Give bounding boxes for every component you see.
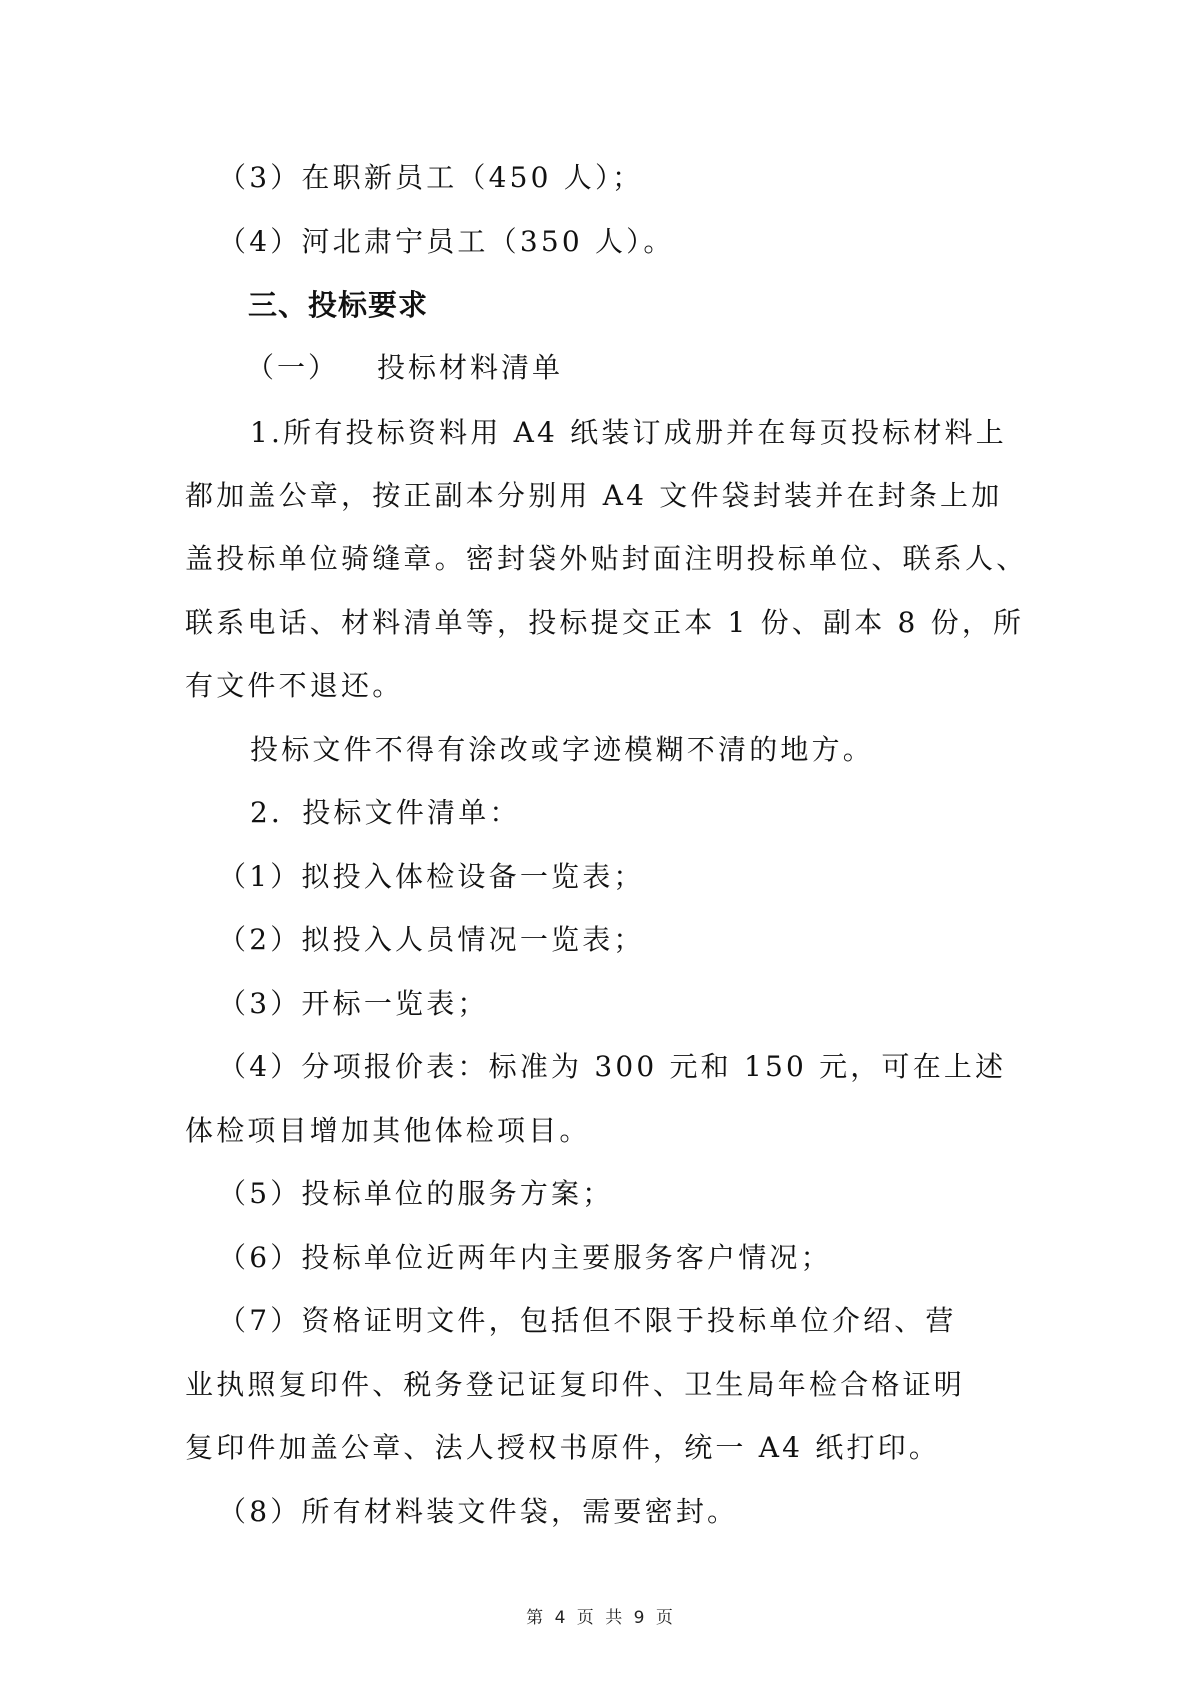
- list-item-suning-staff: （4）河北肃宁员工（350 人）。: [218, 224, 1058, 260]
- list-item-equipment: （1）拟投入体检设备一览表；: [218, 859, 1058, 895]
- list-item-new-staff: （3）在职新员工（450 人）；: [218, 160, 1058, 196]
- list-item-sealed: （8）所有材料装文件袋，需要密封。: [218, 1494, 1058, 1530]
- page-number-footer: 第 4 页 共 9 页: [0, 1603, 1199, 1628]
- list-item-personnel: （2）拟投入人员情况一览表；: [218, 922, 1058, 958]
- paragraph-line: 有文件不退还。: [185, 668, 1025, 704]
- paragraph-line: 联系电话、材料清单等，投标提交正本 1 份、副本 8 份，所: [185, 605, 1025, 641]
- paragraph-line: 盖投标单位骑缝章。密封袋外贴封面注明投标单位、联系人、: [185, 541, 1025, 577]
- paragraph-line: 复印件加盖公章、法人授权书原件，统一 A4 纸打印。: [185, 1430, 1025, 1466]
- list-item-pricing: （4）分项报价表：标准为 300 元和 150 元，可在上述: [218, 1049, 1058, 1085]
- subsection-title: 投标材料清单: [377, 351, 563, 384]
- list-item-qualifications: （7）资格证明文件，包括但不限于投标单位介绍、营: [218, 1303, 1058, 1339]
- paragraph-no-alterations: 投标文件不得有涂改或字迹模糊不清的地方。: [250, 732, 1090, 768]
- subsection-number: （一）: [246, 351, 339, 384]
- paragraph-file-list-heading: 2．投标文件清单：: [250, 795, 1090, 831]
- list-item-opening: （3）开标一览表；: [218, 986, 1058, 1022]
- paragraph-line: 都加盖公章，按正副本分别用 A4 文件袋封装并在封条上加: [185, 478, 1025, 514]
- document-page: （3）在职新员工（450 人）； （4）河北肃宁员工（350 人）。 三、投标要…: [0, 0, 1199, 1696]
- subsection-heading-materials: （一）投标材料清单: [246, 350, 1086, 386]
- list-item-service-plan: （5）投标单位的服务方案；: [218, 1176, 1058, 1212]
- paragraph-line: 1.所有投标资料用 A4 纸装订成册并在每页投标材料上: [250, 415, 1090, 451]
- paragraph-line: 业执照复印件、税务登记证复印件、卫生局年检合格证明: [185, 1367, 1025, 1403]
- section-heading-bid-requirements: 三、投标要求: [248, 287, 1088, 323]
- list-item-clients: （6）投标单位近两年内主要服务客户情况；: [218, 1240, 1058, 1276]
- paragraph-line: 体检项目增加其他体检项目。: [185, 1113, 1025, 1149]
